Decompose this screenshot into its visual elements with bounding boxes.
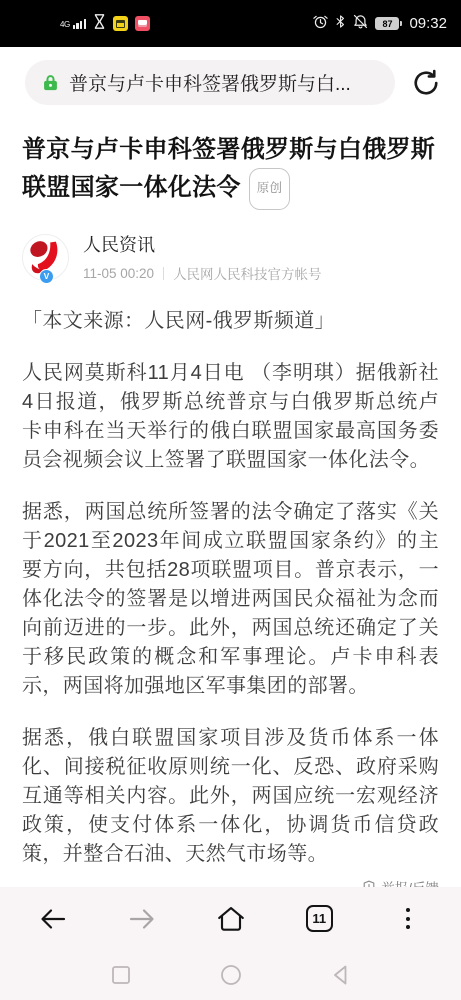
reader-app-notification-icon (135, 16, 150, 31)
article-paragraph: 据悉，俄白联盟国家项目涉及货币体系一体化、间接税征收原则统一化、反恐、政府采购互… (22, 724, 439, 869)
article-paragraph: 据悉，两国总统所签署的法令确定了落实《关于2021至2023年间成立联盟国家条约… (22, 498, 439, 701)
publisher-name[interactable]: 人民资讯 (83, 231, 322, 257)
clock-time: 09:32 (409, 15, 447, 32)
publisher-meta: 11-05 00:20 人民网人民科技官方帐号 (83, 263, 322, 283)
signal-icon: 4G (60, 19, 86, 29)
alarm-icon (313, 14, 328, 34)
status-bar: 4G (0, 0, 461, 47)
yellow-app-notification-icon (113, 16, 128, 31)
article-paragraph: 人民网莫斯科11月4日电 （李明琪）据俄新社4日报道，俄罗斯总统普京与白俄罗斯总… (22, 359, 439, 475)
origin-badge: 原创 (249, 168, 291, 210)
home-nav-button[interactable] (209, 957, 253, 993)
menu-dots-icon (406, 908, 410, 929)
publisher-account-desc: 人民网人民科技官方帐号 (173, 263, 322, 283)
refresh-button[interactable] (407, 64, 445, 102)
home-button[interactable] (208, 896, 254, 942)
back-nav-button[interactable] (319, 957, 363, 993)
menu-button[interactable] (385, 896, 431, 942)
article-title: 普京与卢卡申科签署俄罗斯与白俄罗斯联盟国家一体化法令原创 (22, 131, 439, 210)
address-bar[interactable]: 普京与卢卡申科签署俄罗斯与白... (25, 60, 395, 105)
phone-screen: 4G (0, 0, 461, 1000)
publish-time: 11-05 00:20 (83, 266, 154, 281)
battery-icon: 87 (375, 17, 402, 30)
hourglass-icon (93, 14, 106, 34)
ssl-lock-icon[interactable] (41, 73, 60, 92)
publisher-row: V 人民资讯 11-05 00:20 人民网人民科技官方帐号 (22, 231, 439, 283)
forward-button[interactable] (119, 896, 165, 942)
article-paragraph-source: 「本文来源：人民网-俄罗斯频道」 (22, 307, 439, 336)
recents-button[interactable] (99, 957, 143, 993)
status-left-icons: 4G (60, 14, 150, 34)
network-type-label: 4G (60, 21, 70, 29)
status-right-icons: 87 09:32 (313, 14, 447, 34)
android-nav-bar (0, 950, 461, 1000)
back-button[interactable] (30, 896, 76, 942)
article-body: 「本文来源：人民网-俄罗斯频道」 人民网莫斯科11月4日电 （李明琪）据俄新社4… (22, 307, 439, 869)
tab-count: 11 (306, 905, 333, 932)
publisher-avatar[interactable]: V (22, 234, 69, 281)
verified-badge: V (39, 269, 54, 284)
publisher-info: 人民资讯 11-05 00:20 人民网人民科技官方帐号 (83, 231, 322, 283)
browser-header: 普京与卢卡申科签署俄罗斯与白... (0, 47, 461, 118)
meta-divider (163, 267, 164, 280)
address-bar-title[interactable]: 普京与卢卡申科签署俄罗斯与白... (69, 69, 351, 96)
article: 普京与卢卡申科签署俄罗斯与白俄罗斯联盟国家一体化法令原创 V 人民资讯 11-0… (0, 118, 461, 869)
tabs-button[interactable]: 11 (296, 896, 342, 942)
battery-percent: 87 (375, 17, 399, 30)
browser-toolbar: 11 (0, 887, 461, 950)
bluetooth-icon (335, 14, 346, 34)
notifications-muted-icon (353, 14, 368, 34)
